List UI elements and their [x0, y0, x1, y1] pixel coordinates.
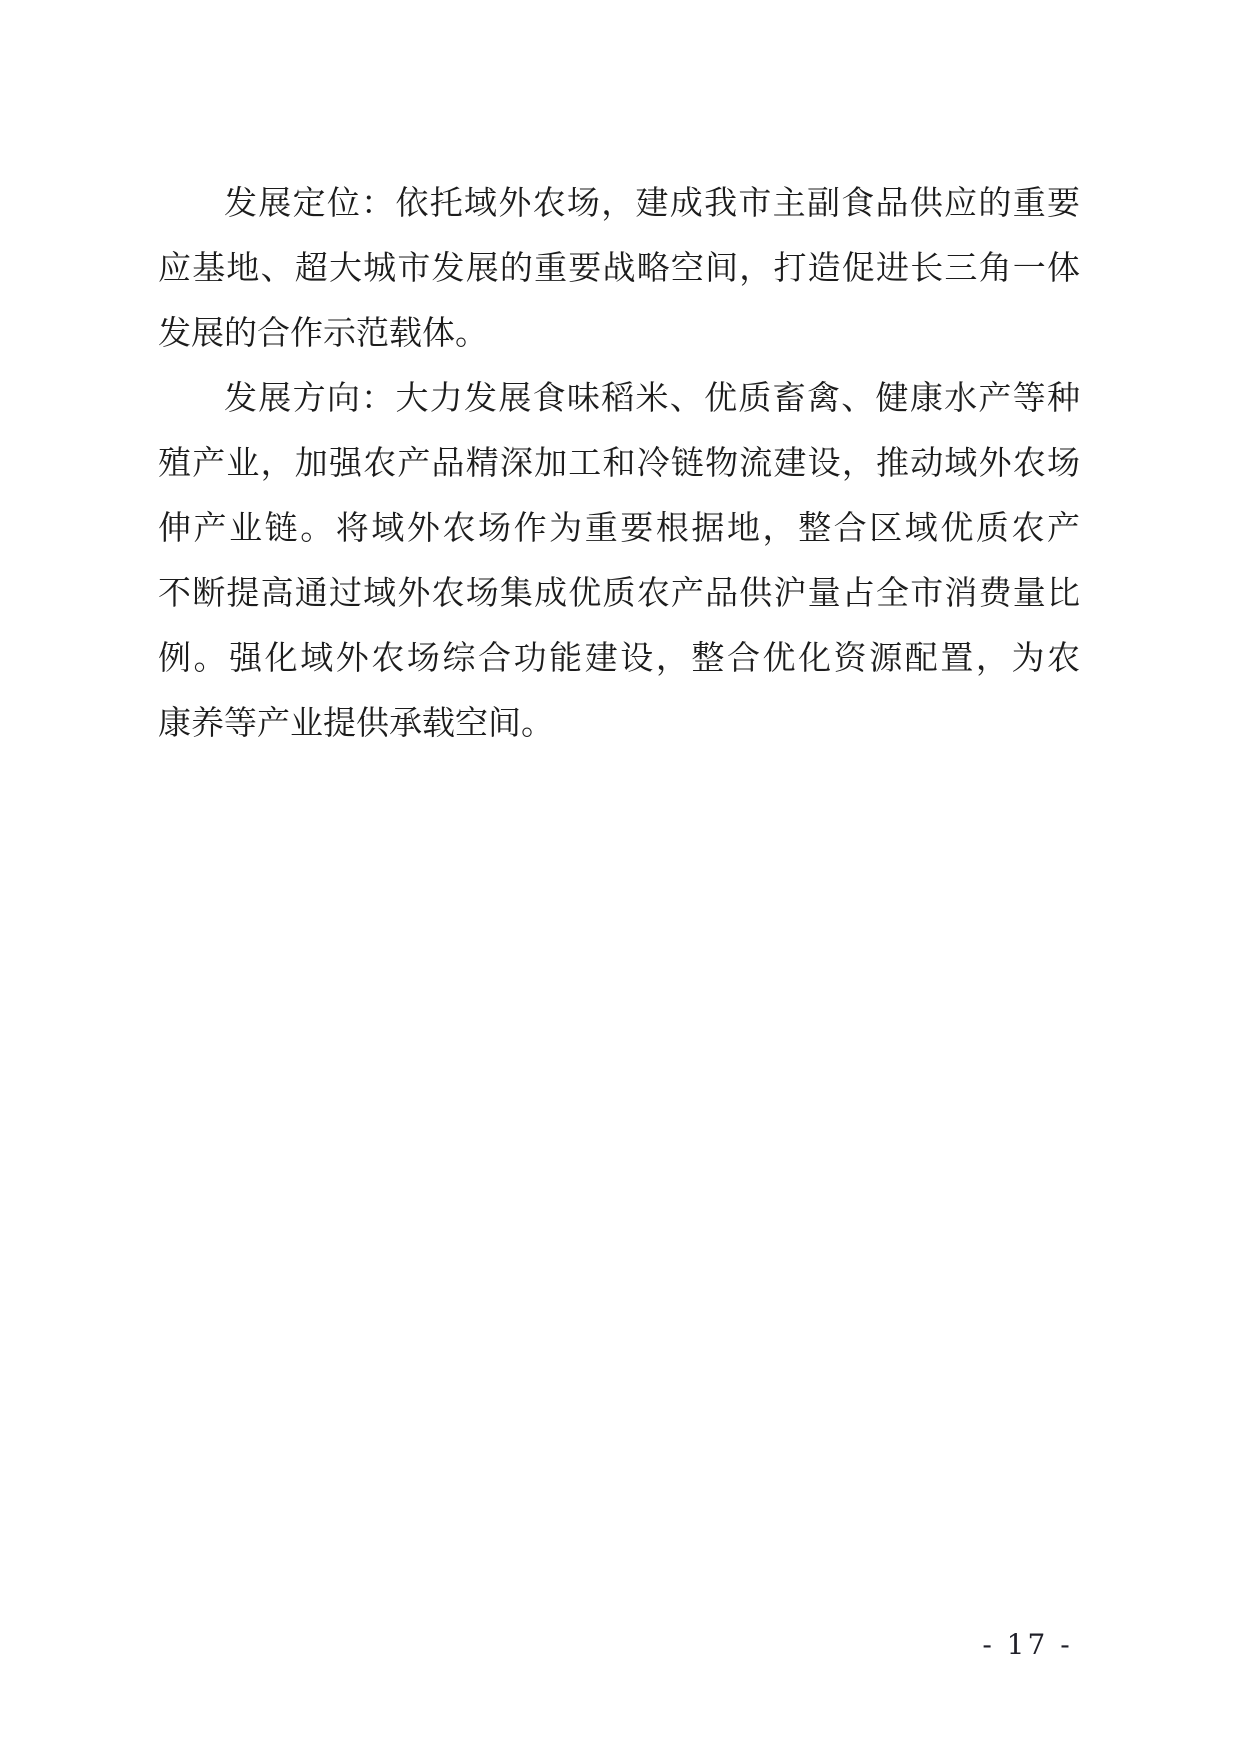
text-line: 不断提高通过域外农场集成优质农产品供沪量占全市消费量比 [158, 562, 1080, 627]
text-line: 发展的合作示范载体。 [158, 302, 1080, 367]
text-line: 发展定位：依托域外农场，建成我市主副食品供应的重要供 [158, 172, 1080, 237]
text-line: 例。强化域外农场综合功能建设，整合优化资源配置，为农旅、 [158, 627, 1080, 692]
page-number: - 17 - [970, 1628, 1085, 1661]
document-page: 发展定位：依托域外农场，建成我市主副食品供应的重要供 应基地、超大城市发展的重要… [0, 0, 1240, 1754]
text-line: 康养等产业提供承载空间。 [158, 692, 1080, 757]
text-line: 发展方向：大力发展食味稻米、优质畜禽、健康水产等种养 [158, 367, 1080, 432]
text-line: 应基地、超大城市发展的重要战略空间，打造促进长三角一体化 [158, 237, 1080, 302]
body-text: 发展定位：依托域外农场，建成我市主副食品供应的重要供 应基地、超大城市发展的重要… [158, 172, 1080, 757]
text-line: 殖产业，加强农产品精深加工和冷链物流建设，推动域外农场延 [158, 432, 1080, 497]
text-line: 伸产业链。将域外农场作为重要根据地，整合区域优质农产品， [158, 497, 1080, 562]
